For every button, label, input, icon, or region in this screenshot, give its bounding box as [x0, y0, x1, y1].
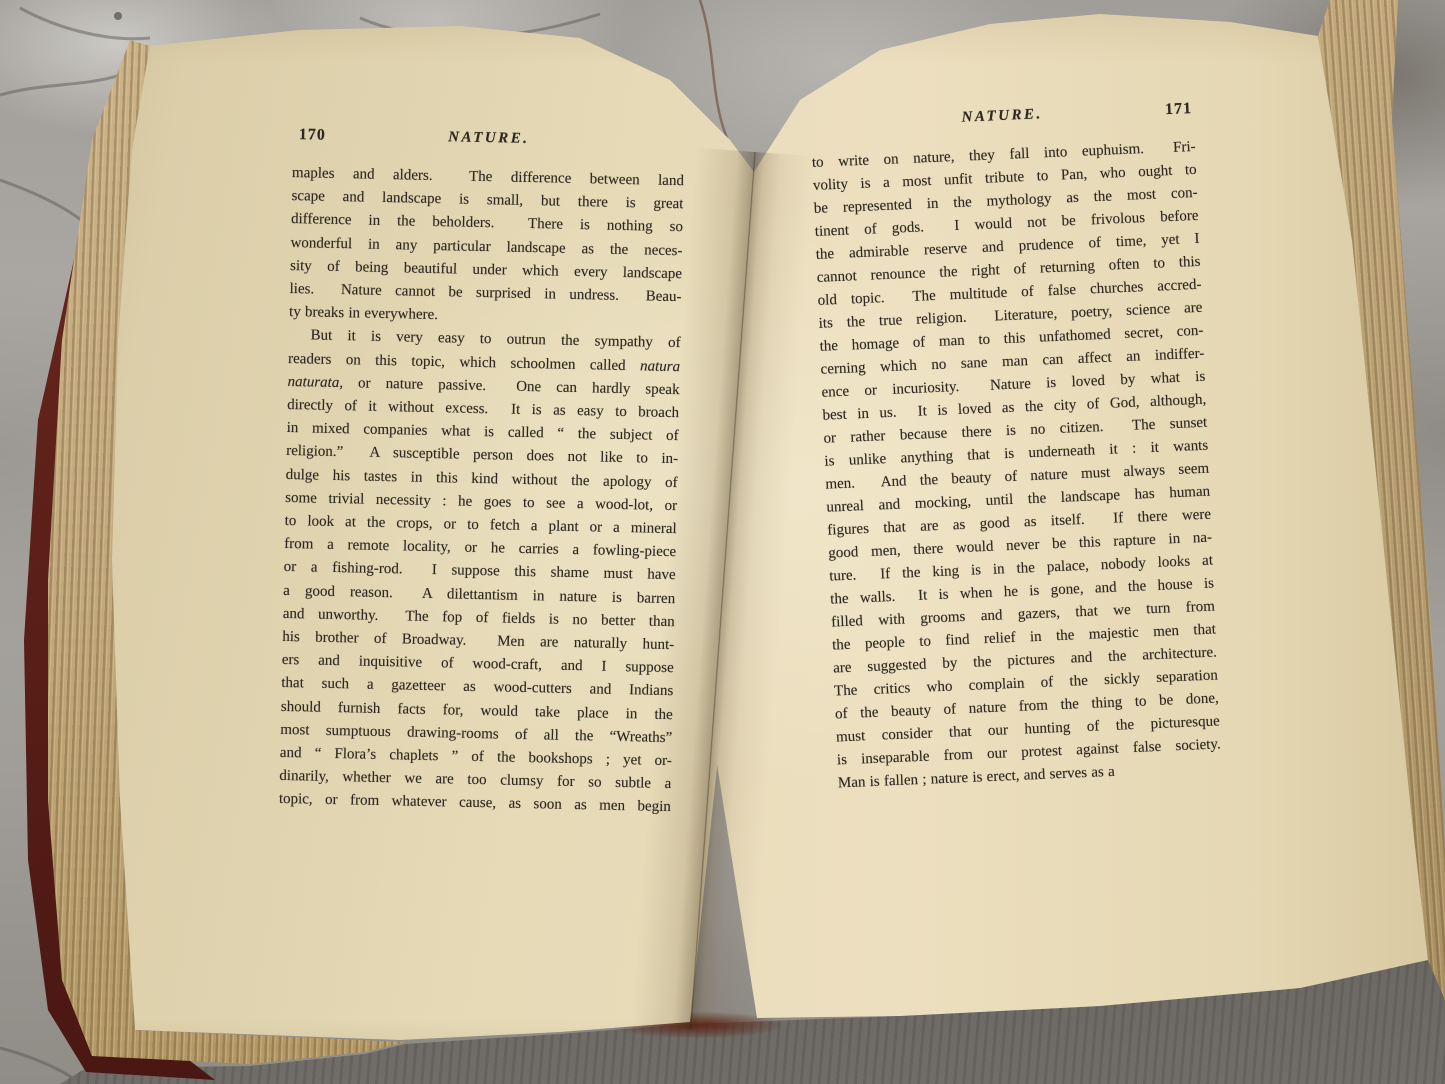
left-page-lines: maples and alders. The difference betwee…: [279, 162, 685, 820]
right-page-lines: to write on nature, they fall into euphu…: [812, 136, 1223, 796]
open-book-photo: 170 NATURE. maples and alders. The diffe…: [0, 0, 1445, 1084]
right-page-text: NATURE. 171 to write on nature, they fal…: [810, 100, 1222, 795]
left-page-text: 170 NATURE. maples and alders. The diffe…: [279, 126, 685, 820]
page-number: 171: [1165, 100, 1193, 119]
